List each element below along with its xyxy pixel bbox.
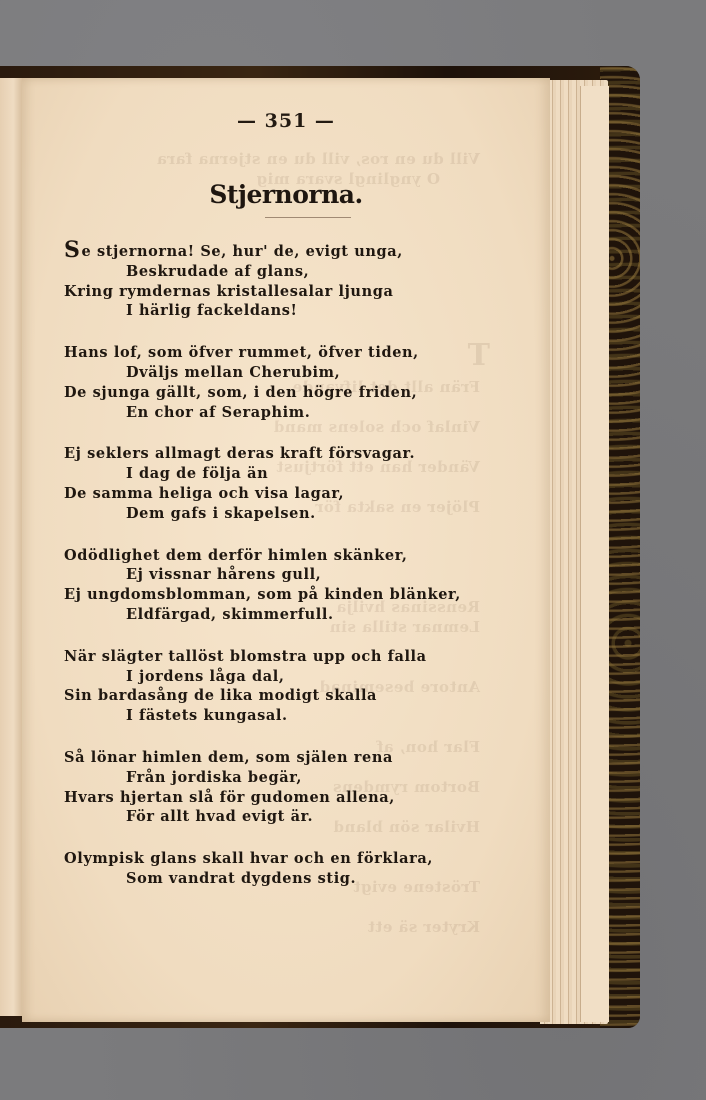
stanza: Odödlighet dem derför himlen skänker,Ej … xyxy=(64,546,524,625)
poem-line: I fästets kungasal. xyxy=(64,706,524,726)
poem-line: Så lönar himlen dem, som själen rena xyxy=(64,748,524,768)
page-number: — 351 — xyxy=(22,110,550,132)
drop-cap: S xyxy=(64,237,81,263)
stanza: Olympisk glans skall hvar och en förklar… xyxy=(64,849,524,889)
poem-line: Från jordiska begär, xyxy=(64,768,524,788)
poem-line: Kring rymdernas kristallesalar ljunga xyxy=(64,282,524,302)
poem-line: Hans lof, som öfver rummet, öfver tiden, xyxy=(64,343,524,363)
left-page-edge xyxy=(0,78,23,1016)
poem-line: Beskrudade af glans, xyxy=(64,262,524,282)
poem-line: Odödlighet dem derför himlen skänker, xyxy=(64,546,524,566)
poem-line: För allt hvad evigt är. xyxy=(64,807,524,827)
poem-line: I jordens låga dal, xyxy=(64,667,524,687)
poem-line: I härlig fackeldans! xyxy=(64,301,524,321)
stanza: Se stjernorna! Se, hur' de, evigt unga,B… xyxy=(64,242,524,321)
poem-line: Ej ungdomsblomman, som på kinden blänker… xyxy=(64,585,524,605)
poem-line: Se stjernorna! Se, hur' de, evigt unga, xyxy=(64,242,524,262)
title-rule xyxy=(265,217,351,218)
poem-line: Eldfärgad, skimmerfull. xyxy=(64,605,524,625)
poem-line: Ej vissnar hårens gull, xyxy=(64,565,524,585)
stanza: Hans lof, som öfver rummet, öfver tiden,… xyxy=(64,343,524,422)
poem-line: De samma heliga och visa lagar, xyxy=(64,484,524,504)
poem-line: En chor af Seraphim. xyxy=(64,403,524,423)
poem-line: När slägter tallöst blomstra upp och fal… xyxy=(64,647,524,667)
poem-line: Ej seklers allmagt deras kraft försvagar… xyxy=(64,444,524,464)
poem-line: Dväljs mellan Cherubim, xyxy=(64,363,524,383)
poem-line: Olympisk glans skall hvar och en förklar… xyxy=(64,849,524,869)
poem-line: Dem gafs i skapelsen. xyxy=(64,504,524,524)
poem-line: I dag de följa än xyxy=(64,464,524,484)
back-page-edge xyxy=(580,86,609,1022)
stanza: Ej seklers allmagt deras kraft försvagar… xyxy=(64,444,524,523)
poem-line: Som vandrat dygdens stig. xyxy=(64,869,524,889)
poem-body: Se stjernorna! Se, hur' de, evigt unga,B… xyxy=(64,242,524,911)
poem-line: Sin bardasång de lika modigt skalla xyxy=(64,686,524,706)
book-page: Vill du en ros, vill du en stjerna fara … xyxy=(22,78,550,1022)
poem-title: Stjernorna. xyxy=(22,180,550,209)
stanza: Så lönar himlen dem, som själen renaFrån… xyxy=(64,748,524,827)
stanza: När slägter tallöst blomstra upp och fal… xyxy=(64,647,524,726)
line-text: e stjernorna! Se, hur' de, evigt unga, xyxy=(82,243,403,260)
poem-line: Hvars hjertan slå för gudomen allena, xyxy=(64,788,524,808)
poem-line: De sjunga gällt, som, i den högre friden… xyxy=(64,383,524,403)
